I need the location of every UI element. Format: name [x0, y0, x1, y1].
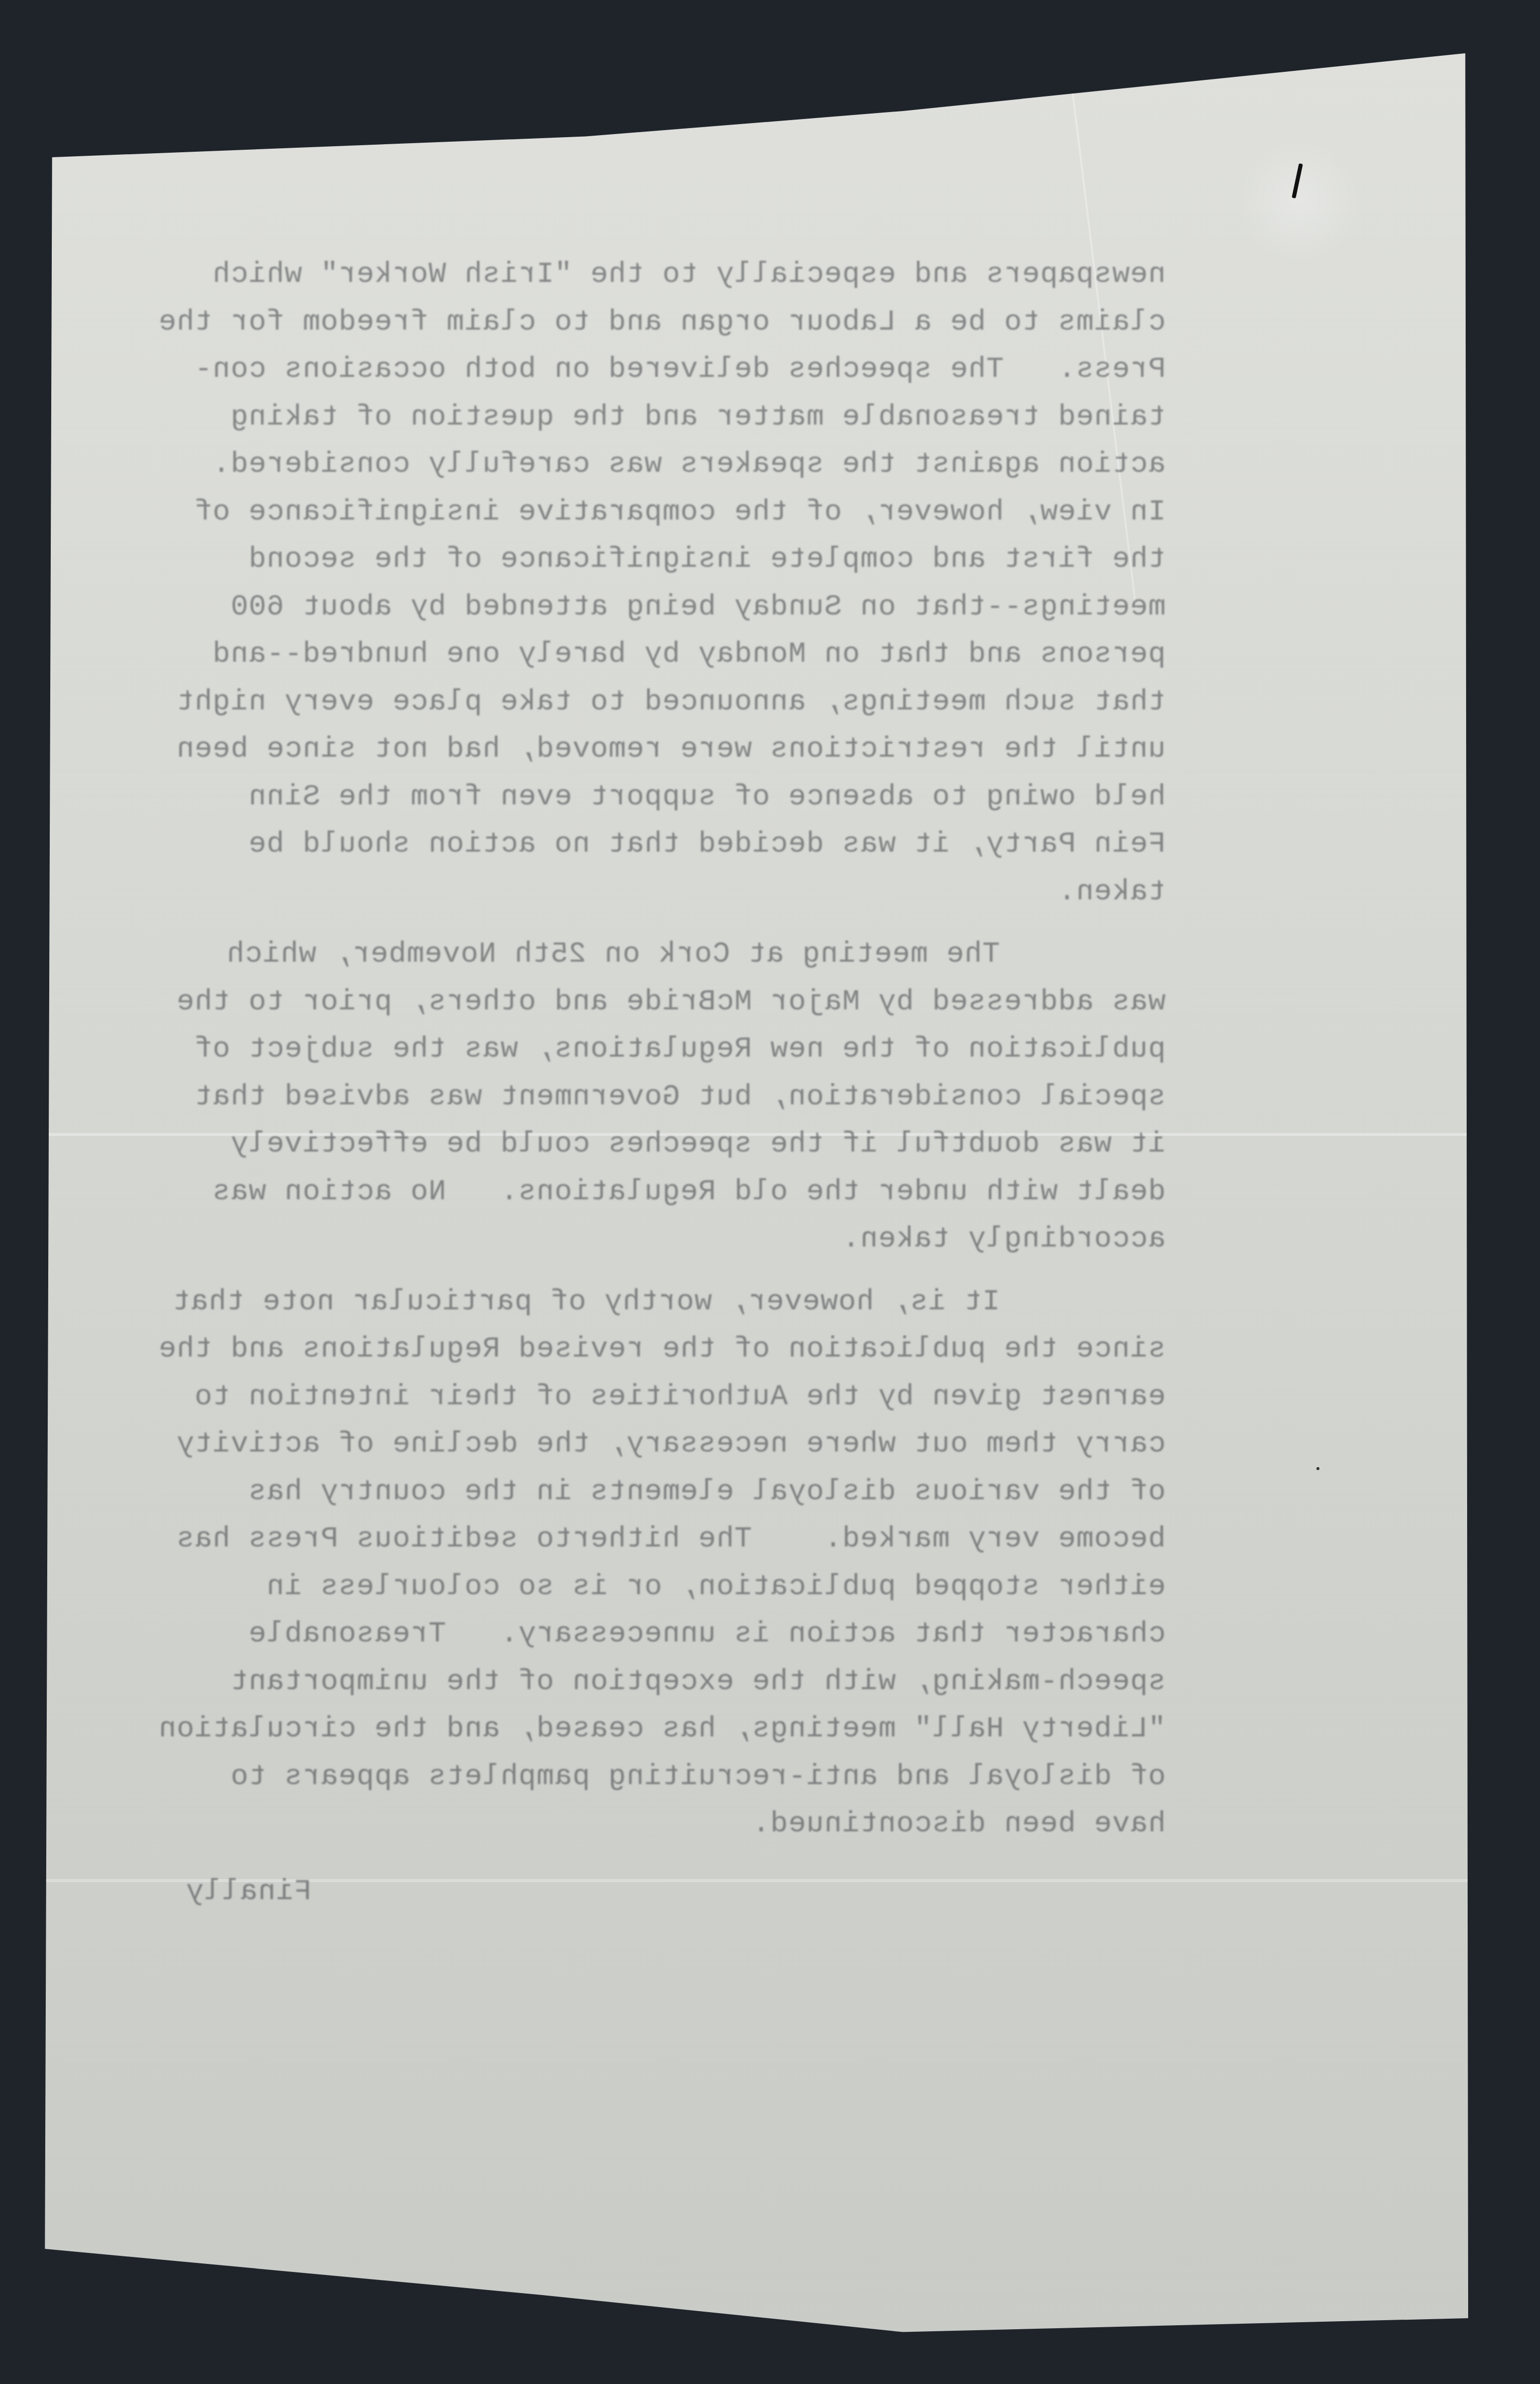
- text-line: have been discontinued.: [136, 1801, 1166, 1848]
- text-line: was addressed by Major McBride and other…: [136, 979, 1166, 1026]
- text-line: meetings--that on Sunday being attended …: [136, 584, 1166, 632]
- text-line: dealt with under the old Regulations. No…: [136, 1169, 1166, 1216]
- text-line: earnest given by the Authorities of thei…: [136, 1374, 1166, 1421]
- catchword: Finally: [136, 1869, 1166, 1916]
- text-line: newspapers and especially to the "Irish …: [136, 251, 1166, 299]
- text-line: In view, however, of the comparative ins…: [136, 489, 1166, 537]
- text-line: held owing to absence of support even fr…: [136, 774, 1166, 821]
- text-line: of the various disloyal elements in the …: [136, 1469, 1166, 1516]
- text-line: Press. The speeches delivered on both oc…: [136, 346, 1166, 394]
- text-line: carry them out where necessary, the decl…: [136, 1421, 1166, 1469]
- text-line: persons and that on Monday by barely one…: [136, 631, 1166, 679]
- text-line: it was doubtful if the speeches could be…: [136, 1121, 1166, 1169]
- text-line: Fein Party, it was decided that no actio…: [136, 821, 1166, 869]
- text-line: that such meetings, announced to take pl…: [136, 679, 1166, 727]
- text-line: The meeting at Cork on 25th November, wh…: [136, 931, 1166, 979]
- embossed-stamp: [1234, 141, 1364, 261]
- text-line: publication of the new Regulations, was …: [136, 1026, 1166, 1074]
- text-line: character that action is unnecessary. Tr…: [136, 1611, 1166, 1659]
- text-line: action against the speakers was carefull…: [136, 441, 1166, 489]
- text-line: speech-making, with the exception of the…: [136, 1659, 1166, 1706]
- text-line: either stopped publication, or is so col…: [136, 1564, 1166, 1611]
- mirrored-typewritten-text: newspapers and especially to the "Irish …: [136, 251, 1166, 1916]
- text-line: tained treasonable matter and the questi…: [136, 394, 1166, 442]
- text-line: taken.: [136, 869, 1166, 916]
- text-line: become very marked. The hitherto seditio…: [136, 1516, 1166, 1564]
- text-line: until the restrictions were removed, had…: [136, 726, 1166, 774]
- text-line: It is, however, worthy of particular not…: [136, 1279, 1166, 1326]
- ink-dot: [1316, 1467, 1319, 1470]
- text-line: accordingly taken.: [136, 1216, 1166, 1264]
- text-line: the first and complete insignificance of…: [136, 536, 1166, 584]
- text-line: claims to be a Labour organ and to claim…: [136, 299, 1166, 347]
- text-line: of disloyal and anti-recruiting pamphlet…: [136, 1753, 1166, 1801]
- text-line: "Liberty Hall" meetings, has ceased, and…: [136, 1706, 1166, 1753]
- text-line: special consideration, but Government wa…: [136, 1074, 1166, 1121]
- text-line: since the publication of the revised Reg…: [136, 1326, 1166, 1374]
